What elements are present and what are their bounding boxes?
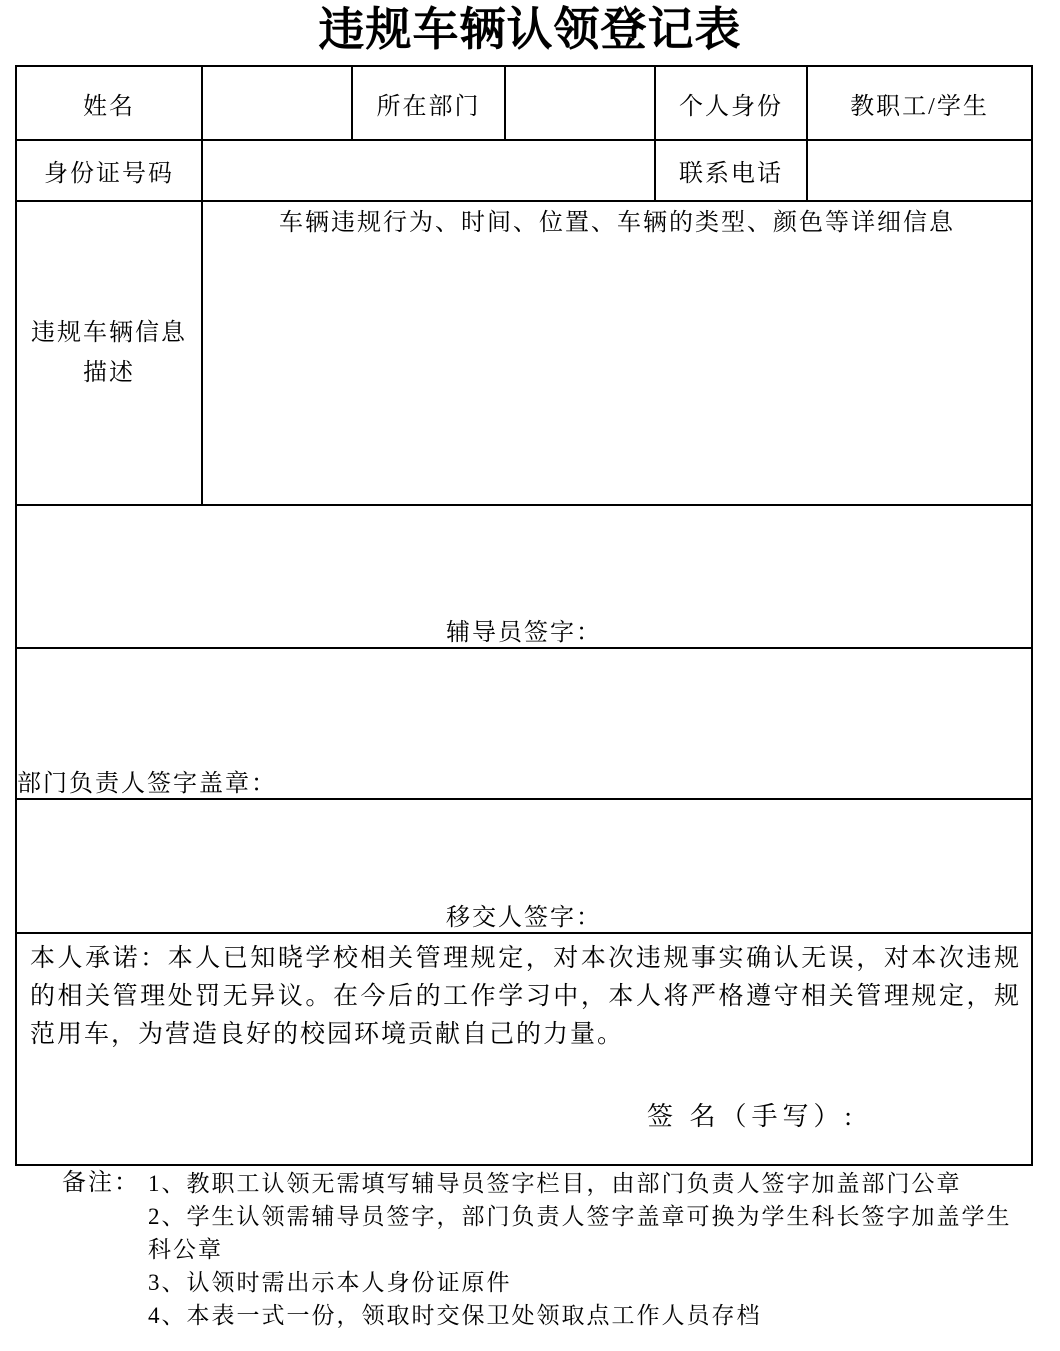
vehicle-info-label-line1: 违规车辆信息 [31,320,187,346]
table-row: 辅导员签字： [16,505,1032,648]
note-item: 1、教职工认领无需填写辅导员签字栏目，由部门负责人签字加盖部门公章 [148,1167,1016,1200]
id-number-value-cell [202,140,655,201]
department-label-cell: 所在部门 [352,66,505,140]
department-value-cell [505,66,655,140]
table-row: 部门负责人签字盖章： [16,648,1032,799]
notes-items: 1、教职工认领无需填写辅导员签字栏目，由部门负责人签字加盖部门公章 2、学生认领… [148,1167,1016,1332]
table-row: 本人承诺：本人已知晓学校相关管理规定，对本次违规事实确认无误，对本次违规的相关管… [16,933,1032,1165]
commitment-text: 本人承诺：本人已知晓学校相关管理规定，对本次违规事实确认无误，对本次违规的相关管… [30,940,1021,1054]
vehicle-info-label-line2: 描述 [83,360,135,386]
counselor-signature-label: 辅导员签字： [446,620,602,646]
department-head-signature-cell: 部门负责人签字盖章： [16,648,1032,799]
phone-label-cell: 联系电话 [655,140,807,201]
phone-value-cell [807,140,1032,201]
table-row: 身份证号码 联系电话 [16,140,1032,201]
registration-table: 姓名 所在部门 个人身份 教职工/学生 身份证号码 联系电话 违规车辆信息 描述… [15,65,1033,1166]
handwritten-signature-label: 签 名（手写）: [647,1096,857,1133]
table-row: 姓名 所在部门 个人身份 教职工/学生 [16,66,1032,140]
commitment-cell: 本人承诺：本人已知晓学校相关管理规定，对本次违规事实确认无误，对本次违规的相关管… [16,933,1032,1165]
notes-section: 备注： 1、教职工认领无需填写辅导员签字栏目，由部门负责人签字加盖部门公章 2、… [62,1167,1012,1332]
department-head-signature-label: 部门负责人签字盖章： [17,771,277,797]
vehicle-info-label-cell: 违规车辆信息 描述 [16,201,202,505]
name-value-cell [202,66,352,140]
vehicle-info-content-cell: 车辆违规行为、时间、位置、车辆的类型、颜色等详细信息 [202,201,1032,505]
counselor-signature-cell: 辅导员签字： [16,505,1032,648]
table-row: 违规车辆信息 描述 车辆违规行为、时间、位置、车辆的类型、颜色等详细信息 [16,201,1032,505]
transferor-signature-label: 移交人签字： [446,905,602,931]
note-item: 2、学生认领需辅导员签字，部门负责人签字盖章可换为学生科长签字加盖学生科公章 [148,1200,1016,1266]
note-item: 4、本表一式一份，领取时交保卫处领取点工作人员存档 [148,1299,1016,1332]
vehicle-info-hint: 车辆违规行为、时间、位置、车辆的类型、颜色等详细信息 [279,210,955,236]
identity-value-cell: 教职工/学生 [807,66,1032,140]
notes-label: 备注： [62,1167,140,1200]
note-item: 3、认领时需出示本人身份证原件 [148,1266,1016,1299]
identity-label-cell: 个人身份 [655,66,807,140]
form-page: 违规车辆认领登记表 姓名 所在部门 个人身份 教职工/学生 身份证号码 联系电话 [0,0,1060,1351]
page-title: 违规车辆认领登记表 [0,0,1060,56]
id-number-label-cell: 身份证号码 [16,140,202,201]
transferor-signature-cell: 移交人签字： [16,799,1032,933]
name-label-cell: 姓名 [16,66,202,140]
table-row: 移交人签字： [16,799,1032,933]
